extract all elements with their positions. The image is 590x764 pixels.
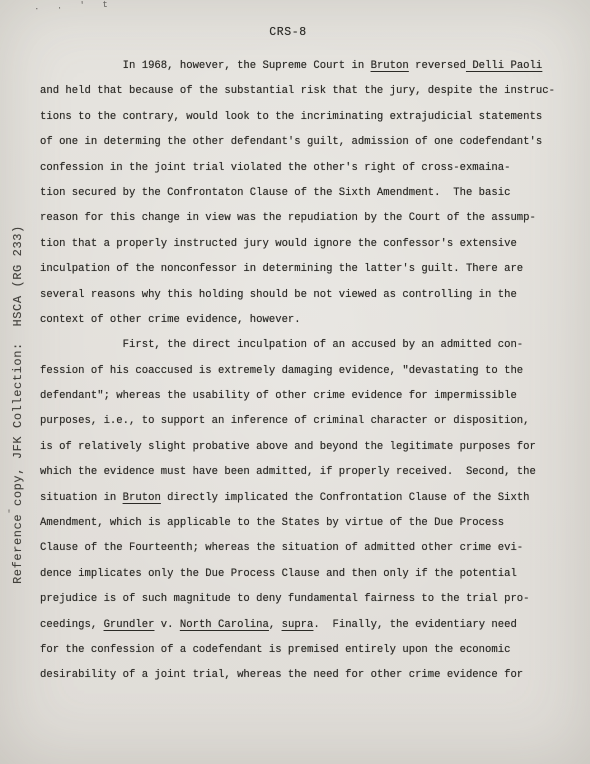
text-segment: situation in [40,492,123,504]
text-line: and held that because of the substantial… [40,79,568,104]
text-segment: reason for this change in view was the r… [40,212,536,224]
text-segment: of one in determing the other defendant'… [40,136,542,148]
text-line: confession in the joint trial violated t… [40,156,568,181]
archive-reference-stamp: Reference copy, JFK Collection: HSCA (RG… [11,212,25,584]
underlined-text: supra [282,619,314,631]
text-line: several reasons why this holding should … [40,283,568,308]
scan-artifact-marks: . . ' t [34,0,114,12]
text-line: situation in Bruton directly implicated … [40,486,568,511]
text-line: defendant"; whereas the usability of oth… [40,384,568,409]
text-line: First, the direct inculpation of an accu… [40,333,568,358]
underlined-text: Delli Paoli [466,60,542,72]
text-line: desirability of a joint trial, whereas t… [40,663,568,688]
text-line: Clause of the Fourteenth; whereas the si… [40,536,568,561]
text-segment: , [269,619,282,631]
text-segment: tions to the contrary, would look to the… [40,111,542,123]
underlined-text: Bruton [123,492,161,504]
text-segment: Amendment, which is applicable to the St… [40,517,504,529]
text-line: dence implicates only the Due Process Cl… [40,562,568,587]
text-line: inculpation of the nonconfessor in deter… [40,257,568,282]
document-lines: In 1968, however, the Supreme Court in B… [40,54,568,689]
text-line: context of other crime evidence, however… [40,308,568,333]
text-line: tions to the contrary, would look to the… [40,105,568,130]
text-line: fession of his coaccused is extremely da… [40,359,568,384]
text-segment: First, the direct inculpation of an accu… [40,339,523,351]
text-segment: which the evidence must have been admitt… [40,466,536,478]
text-segment: purposes, i.e., to support an inference … [40,415,530,427]
text-line: which the evidence must have been admitt… [40,460,568,485]
underlined-text: Bruton [371,60,409,72]
text-segment: . Finally, the evidentiary need [313,619,516,631]
text-line: tion that a properly instructed jury wou… [40,232,568,257]
text-segment: dence implicates only the Due Process Cl… [40,568,517,580]
page-number: CRS-8 [0,26,583,39]
text-segment: context of other crime evidence, however… [40,314,301,326]
text-segment: inculpation of the nonconfessor in deter… [40,263,523,275]
text-segment: tion that a properly instructed jury wou… [40,238,517,250]
text-segment: v. [154,619,179,631]
text-line: purposes, i.e., to support an inference … [40,409,568,434]
text-segment: reversed [409,60,466,72]
underlined-text: Grundler [104,619,155,631]
text-segment: fession of his coaccused is extremely da… [40,365,523,377]
text-segment: several reasons why this holding should … [40,289,517,301]
text-line: reason for this change in view was the r… [40,206,568,231]
text-segment: and held that because of the substantial… [40,85,555,97]
text-line: is of relatively slight probative above … [40,435,568,460]
text-segment: Clause of the Fourteenth; whereas the si… [40,542,523,554]
text-line: In 1968, however, the Supreme Court in B… [40,54,568,79]
text-segment: confession in the joint trial violated t… [40,162,510,174]
text-line: tion secured by the Confrontaton Clause … [40,181,568,206]
text-segment: prejudice is of such magnitude to deny f… [40,593,530,605]
text-segment: In 1968, however, the Supreme Court in [40,60,371,72]
text-line: ceedings, Grundler v. North Carolina, su… [40,613,568,638]
text-segment: tion secured by the Confrontaton Clause … [40,187,510,199]
text-line: Amendment, which is applicable to the St… [40,511,568,536]
text-segment: desirability of a joint trial, whereas t… [40,669,523,681]
scanned-document-page: . . ' t ' CRS-8 Reference copy, JFK Coll… [0,0,590,764]
underlined-text: North Carolina [180,619,269,631]
text-segment: directly implicated the Confrontation Cl… [161,492,530,504]
text-line: of one in determing the other defendant'… [40,130,568,155]
text-line: for the confession of a codefendant is p… [40,638,568,663]
text-segment: defendant"; whereas the usability of oth… [40,390,517,402]
text-segment: for the confession of a codefendant is p… [40,644,510,656]
text-segment: is of relatively slight probative above … [40,441,536,453]
text-segment: ceedings, [40,619,104,631]
text-line: prejudice is of such magnitude to deny f… [40,587,568,612]
